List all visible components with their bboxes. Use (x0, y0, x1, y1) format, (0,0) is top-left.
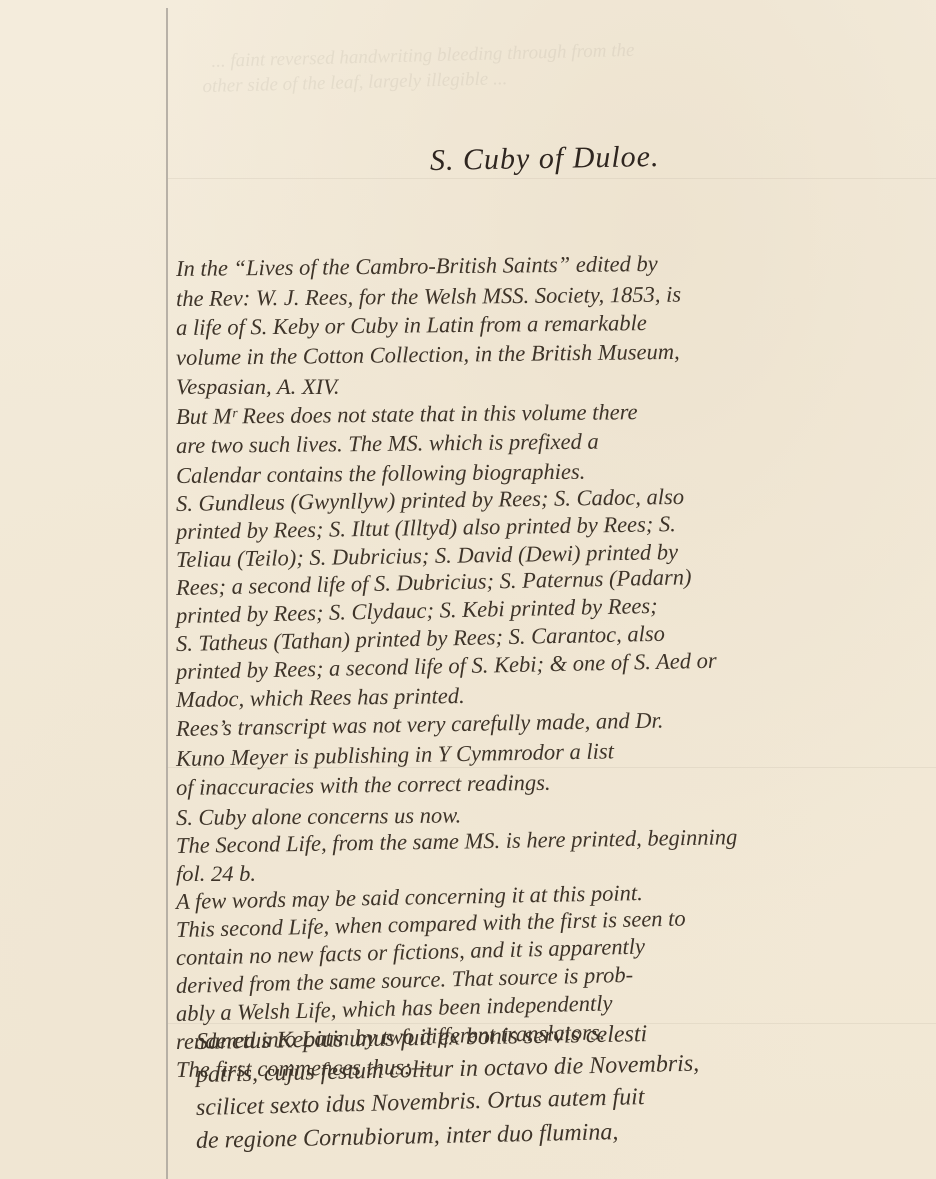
latin-quotation: Sanctus Kepius unus fuit ex bonis servis… (196, 1026, 936, 1158)
page-title: S. Cuby of Duloe. (430, 140, 660, 178)
body-text: In the “Lives of the Cambro-British Sain… (176, 254, 932, 1084)
manuscript-page: ... faint reversed handwriting bleeding … (0, 0, 936, 1179)
margin-rule (166, 8, 168, 1179)
